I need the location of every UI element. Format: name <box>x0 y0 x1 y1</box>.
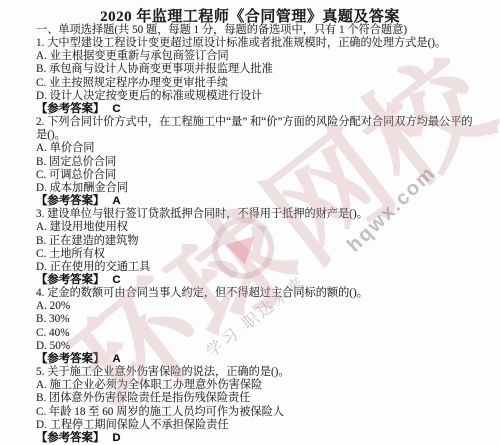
question-3-option-c: C. 土地所有权 <box>36 248 482 261</box>
question-2-stem: 2. 下列合同计价方式中，在工程施工中“量” 和“价”方面的风险分配对合同双方均… <box>36 116 482 142</box>
answer-label: 【参考答案】 <box>36 103 104 115</box>
question-1-answer-value: C <box>112 103 120 115</box>
question-2-option-d: D. 成本加酬金合同 <box>36 182 482 195</box>
question-4-stem: 4. 定金的数额可由合同当事人约定，但不得超过主合同标的额的()。 <box>36 287 482 300</box>
question-5: 5. 关于施工企业意外伤害保险的说法，正确的是()。 A. 施工企业必须为全体职… <box>36 366 482 445</box>
question-4-option-c: C. 40% <box>36 327 482 340</box>
question-3-answer-value: C <box>112 274 120 286</box>
question-4-option-d: D. 50% <box>36 340 482 353</box>
question-4-option-a: A. 20% <box>36 300 482 313</box>
question-2-option-b: B. 固定总价合同 <box>36 156 482 169</box>
question-1-option-a: A. 业主根据变更重新与承包商签订合同 <box>36 50 482 63</box>
question-3-option-d: D. 正在使用的交通工具 <box>36 261 482 274</box>
question-3-stem: 3. 建设单位与银行签订贷款抵押合同时，不得用于抵押的财产是()。 <box>36 208 482 221</box>
question-3: 3. 建设单位与银行签订贷款抵押合同时，不得用于抵押的财产是()。 A. 建设用… <box>36 208 482 287</box>
question-2-answer-line: 【参考答案】A <box>36 195 482 208</box>
question-5-stem: 5. 关于施工企业意外伤害保险的说法，正确的是()。 <box>36 366 482 379</box>
question-5-answer-value: D <box>112 432 120 444</box>
question-5-answer-line: 【参考答案】D <box>36 432 482 445</box>
question-1-option-c: C. 业主按照规定程序办理变更审批手续 <box>36 77 482 90</box>
document-body: 一、单项选择题(共 50 题，每题 1 分，每题的备选项中，只有 1 个符合题意… <box>36 24 482 445</box>
question-4-answer-value: A <box>112 353 120 365</box>
question-5-option-c: C. 年龄 18 至 60 周岁的施工人员均可作为被保险人 <box>36 406 482 419</box>
question-1: 1. 大中型建设工程设计变更超过原设计标准或者批准规模时，正确的处理方式是()。… <box>36 37 482 116</box>
document-title: 2020 年监理工程师《合同管理》真题及答案 <box>0 0 500 24</box>
question-3-option-b: B. 正在建造的建筑物 <box>36 235 482 248</box>
question-2-option-c: C. 可调总价合同 <box>36 169 482 182</box>
answer-label: 【参考答案】 <box>36 274 104 286</box>
document-page: 2020 年监理工程师《合同管理》真题及答案 一、单项选择题(共 50 题，每题… <box>0 0 500 445</box>
question-2-option-a: A. 单价合同 <box>36 142 482 155</box>
answer-label: 【参考答案】 <box>36 432 104 444</box>
question-1-option-b: B. 承包商与设计人协商变更事项并报监理人批准 <box>36 63 482 76</box>
answer-label: 【参考答案】 <box>36 195 104 207</box>
question-5-option-b: B. 团体意外伤害保险责任是指伤残保险责任 <box>36 392 482 405</box>
question-4-answer-line: 【参考答案】A <box>36 353 482 366</box>
question-2: 2. 下列合同计价方式中，在工程施工中“量” 和“价”方面的风险分配对合同双方均… <box>36 116 482 208</box>
question-1-stem: 1. 大中型建设工程设计变更超过原设计标准或者批准规模时，正确的处理方式是()。 <box>36 37 482 50</box>
question-4-option-b: B. 30% <box>36 313 482 326</box>
question-2-answer-value: A <box>112 195 120 207</box>
question-1-answer-line: 【参考答案】C <box>36 103 482 116</box>
answer-label: 【参考答案】 <box>36 353 104 365</box>
section-heading: 一、单项选择题(共 50 题，每题 1 分，每题的备选项中，只有 1 个符合题意… <box>36 24 482 37</box>
question-3-option-a: A. 建设用地使用权 <box>36 221 482 234</box>
question-1-option-d: D. 设计人决定按变更后的标准或规模进行设计 <box>36 90 482 103</box>
question-3-answer-line: 【参考答案】C <box>36 274 482 287</box>
question-4: 4. 定金的数额可由合同当事人约定，但不得超过主合同标的额的()。 A. 20%… <box>36 287 482 366</box>
question-5-option-d: D. 工程停工期间保险人不承担保险责任 <box>36 419 482 432</box>
question-5-option-a: A. 施工企业必须为全体职工办理意外伤害保险 <box>36 379 482 392</box>
